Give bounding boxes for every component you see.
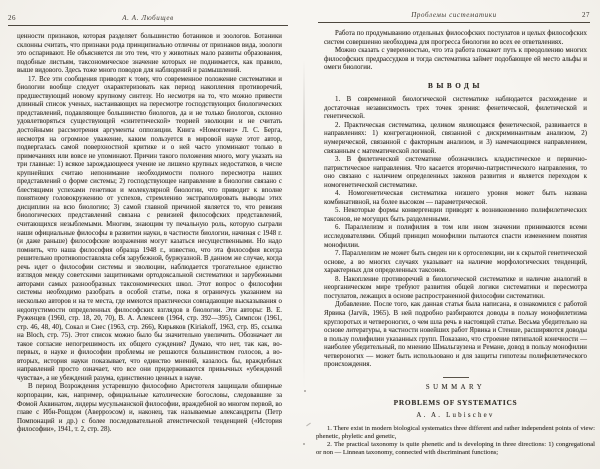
conclusion-item: 2. Практическая систематика, целиком явл…: [324, 122, 587, 156]
page-left: 26 А. А. Любищев ценности признаков, кот…: [8, 0, 288, 469]
page-number-right: 27: [568, 11, 590, 19]
summary-heading: SUMMARY: [316, 384, 595, 393]
running-head-right: Проблемы систематики 27: [318, 11, 590, 23]
conclusion-item: 7. Параллелизм не может быть сведен ни к…: [324, 250, 587, 276]
conclusion-item: 6. Параллелизм и полифилия в том или ино…: [324, 224, 587, 250]
page-left-body: ценности признаков, которая разделяет бо…: [17, 33, 282, 435]
conclusion-item: 3. В филетической систематике обозначили…: [324, 156, 587, 190]
scan-speck: [303, 443, 305, 445]
scan-speck: [304, 390, 306, 392]
addendum-paragraph: Добавление. После того, как данная стать…: [324, 301, 587, 369]
scan-speck: [306, 423, 311, 427]
page-number-left: 26: [8, 14, 30, 22]
body-paragraph: Работа по продумыванию отдельных философ…: [324, 30, 587, 47]
running-title-left: А. А. Любищев: [30, 14, 266, 22]
conclusion-item: 8. Накопление противоречий в биологическ…: [324, 276, 587, 302]
summary-author: A. A. Lubischev: [316, 412, 595, 421]
conclusions-heading: ВЫВОДЫ: [324, 82, 587, 91]
body-paragraph: 17. Все эти сообщения приводят к тому, ч…: [17, 76, 282, 384]
summary-section: SUMMARY PROBLEMS OF SYSTEMATICS A. A. Lu…: [316, 384, 595, 457]
conclusion-item: 5. Некоторые формы конвергенции приводят…: [324, 207, 587, 224]
conclusion-item: 1. В современной биологической системати…: [324, 96, 587, 122]
conclusion-item: 4. Номогенетическая систематика низшего …: [324, 190, 587, 207]
page-right-body: Работа по продумыванию отдельных философ…: [324, 30, 587, 457]
book-spread: 26 А. А. Любищев ценности признаков, кот…: [0, 0, 600, 469]
page-right: Проблемы систематики 27 Работа по продум…: [318, 0, 590, 469]
summary-item: 1. There exist in modern biological syst…: [316, 425, 595, 441]
running-head-left: 26 А. А. Любищев: [8, 14, 288, 26]
section-divider: [443, 377, 469, 378]
summary-title: PROBLEMS OF SYSTEMATICS: [316, 399, 595, 408]
body-paragraph: Можно сказать с уверенностью, что эта ра…: [324, 47, 587, 73]
page-gutter-fold: [303, 60, 305, 390]
body-paragraph: В период Возрождения устаревшую философи…: [17, 383, 282, 434]
body-paragraph: ценности признаков, которая разделяет бо…: [17, 33, 282, 76]
running-title-right: Проблемы систематики: [340, 11, 568, 19]
summary-item: 2. The practical taxonomy is quite phene…: [316, 441, 595, 457]
